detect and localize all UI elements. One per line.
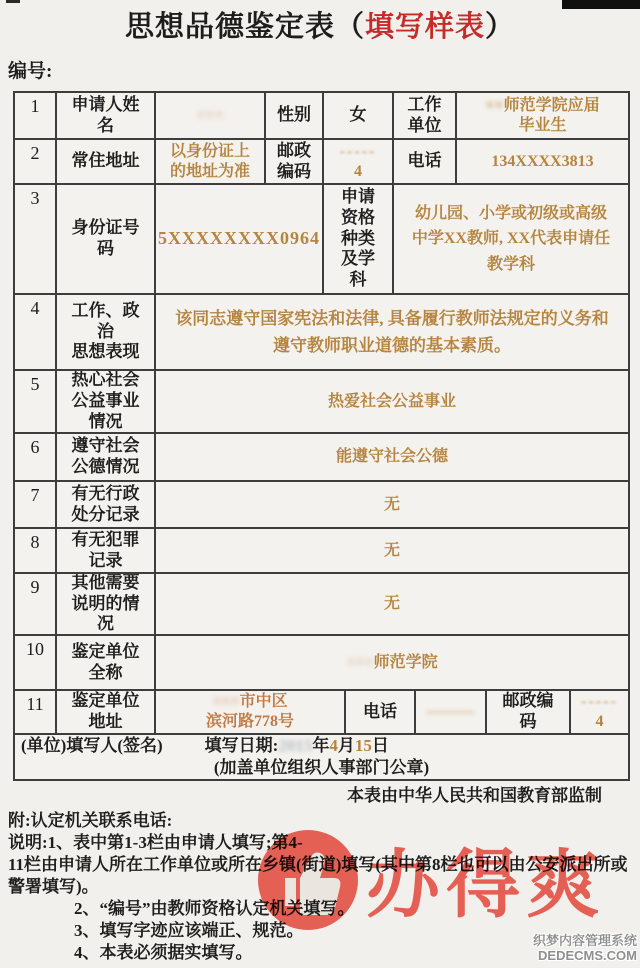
postal-digit: 4: [354, 162, 362, 182]
assessing-unit-address-label: 鉴定单位 地址: [55, 691, 154, 733]
signature-row: (单位)填写人(签名) 填写日期:2015年4月15日 (加盖单位组织人事部门公…: [15, 733, 628, 779]
table-row-6: 6 遵守社会 公德情况 能遵守社会公德: [15, 432, 628, 480]
gender-label: 性别: [264, 93, 322, 138]
row1-number: 1: [15, 93, 55, 138]
redacted-work-prefix: ××: [485, 97, 503, 114]
title-sample-note: 填写样表: [365, 11, 485, 43]
qualification-category-value: 幼儿园、小学或初级或高级 中学XX教师, XX代表申请任 教学科: [392, 185, 628, 293]
table-row-2: 2 常住地址 以身份证上 的地址为准 邮政 编码 -----4 电话 134XX…: [15, 138, 628, 183]
table-row-4: 4 工作、政 治 思想表现 该同志遵守国家宪法和法律, 具备履行教师法规定的义务…: [15, 293, 628, 369]
unit-postal-value: -----4: [569, 691, 628, 733]
public-welfare-label: 热心社会 公益事业 情况: [55, 371, 154, 432]
row3-number: 3: [15, 185, 55, 293]
administrative-penalty-label: 有无行政 处分记录: [55, 482, 154, 527]
social-morality-value: 能遵守社会公德: [154, 434, 628, 480]
unit-postal-digit: 4: [596, 712, 604, 732]
address-line1: 市中区: [240, 693, 288, 710]
other-notes-value: 无: [154, 574, 628, 634]
row8-number: 8: [15, 529, 55, 572]
cms-credit-badge: 织梦内容管理系统 DEDECMS.COM: [533, 933, 637, 963]
table-row-7: 7 有无行政 处分记录 无: [15, 480, 628, 527]
seal-instruction: (加盖单位组织人事部门公章): [15, 757, 628, 779]
table-row-11: 11 鉴定单位 地址 ×××市中区 滨河路778号 电话 ——— 邮政编 码 -…: [15, 689, 628, 733]
table-row-8: 8 有无犯罪 记录 无: [15, 527, 628, 572]
note-attach: 附:认定机关联系电话:: [8, 810, 636, 832]
table-row-9: 9 其他需要 说明的情 况 无: [15, 572, 628, 634]
row2-number: 2: [15, 140, 55, 183]
assessing-unit-address-value: ×××市中区 滨河路778号: [154, 691, 344, 733]
work-unit-label: 工作 单位: [392, 93, 455, 138]
redacted-unit-postal: -----: [581, 692, 618, 712]
work-unit-value: ××师范学院应届 毕业生: [455, 93, 628, 138]
other-notes-label: 其他需要 说明的情 况: [55, 574, 154, 634]
home-address-value: 以身份证上 的地址为准: [154, 140, 264, 183]
phone-label: 电话: [392, 140, 455, 183]
redacted-postal: -----: [340, 142, 377, 162]
applicant-name-label: 申请人姓 名: [55, 93, 154, 138]
assessment-form-table: 1 申请人姓 名 ××× 性别 女 工作 单位 ××师范学院应届 毕业生 2 常…: [13, 91, 630, 781]
note-line3: 2、“编号”由教师资格认定机关填写。: [8, 898, 636, 920]
title-main: 思想品德鉴定表（: [125, 11, 365, 43]
table-row-1: 1 申请人姓 名 ××× 性别 女 工作 单位 ××师范学院应届 毕业生: [15, 93, 628, 138]
note-line1: 说明:1、表中第1-3栏由申请人填写;第4-: [8, 832, 636, 854]
political-performance-value: 该同志遵守国家宪法和法律, 具备履行教师法规定的义务和 遵守教师职业道德的基本素…: [154, 295, 628, 369]
unit-phone-label: 电话: [344, 691, 414, 733]
signature-line: (单位)填写人(签名) 填写日期:2015年4月15日: [15, 735, 628, 757]
unit-name-text: 师范学院: [374, 654, 438, 671]
phone-value: 134XXXX3813: [455, 140, 628, 183]
signer-label: (单位)填写人(签名): [15, 735, 163, 757]
row5-number: 5: [15, 371, 55, 432]
gender-value: 女: [322, 93, 392, 138]
table-row-10: 10 鉴定单位 全称 ×××师范学院: [15, 634, 628, 689]
social-morality-label: 遵守社会 公德情况: [55, 434, 154, 480]
home-address-label: 常住地址: [55, 140, 154, 183]
work-unit-text: 师范学院应届 毕业生: [504, 97, 600, 134]
redacted-year: 2015: [278, 736, 312, 755]
redacted-unit-prefix: ×××: [346, 654, 373, 671]
criminal-record-value: 无: [154, 529, 628, 572]
public-welfare-value: 热爱社会公益事业: [154, 371, 628, 432]
table-row-5: 5 热心社会 公益事业 情况 热爱社会公益事业: [15, 369, 628, 432]
unit-phone-value: ———: [414, 691, 485, 733]
cms-credit-line1: 织梦内容管理系统: [533, 933, 637, 948]
scanned-form-page: 思想品德鉴定表（填写样表） 编号: 1 申请人姓 名 ××× 性别 女 工作 单…: [0, 0, 640, 968]
qualification-category-label: 申请 资格 种类 及学 科: [322, 185, 392, 293]
scan-artifact-bar-left: [6, 0, 20, 3]
political-performance-label: 工作、政 治 思想表现: [55, 295, 154, 369]
redacted-address-prefix: ×××: [212, 693, 239, 710]
postal-code-label: 邮政 编码: [264, 140, 322, 183]
note-line2: 11栏由申请人所在工作单位或所在乡镇(街道)填写(其中第8栏也可以由公安派出所或…: [8, 854, 636, 898]
criminal-record-label: 有无犯罪 记录: [55, 529, 154, 572]
fill-date: 填写日期:2015年4月15日: [205, 735, 389, 757]
postal-code-value: -----4: [322, 140, 392, 183]
cms-credit-line2: DEDECMS.COM: [533, 948, 637, 963]
page-title: 思想品德鉴定表（填写样表）: [0, 0, 640, 46]
unit-postal-label: 邮政编 码: [485, 691, 569, 733]
id-number-value: 5XXXXXXXX0964: [154, 185, 322, 293]
applicant-name-value: ×××: [154, 93, 264, 138]
issuer-line: 本表由中华人民共和国教育部监制: [0, 786, 640, 806]
table-row-3: 3 身份证号 码 5XXXXXXXX0964 申请 资格 种类 及学 科 幼儿园…: [15, 183, 628, 293]
row7-number: 7: [15, 482, 55, 527]
assessing-unit-name-label: 鉴定单位 全称: [55, 636, 154, 689]
serial-number-label: 编号:: [8, 60, 640, 84]
row10-number: 10: [15, 636, 55, 689]
redacted-unit-phone: ———: [427, 702, 475, 722]
row11-number: 11: [15, 691, 55, 733]
assessing-unit-name-value: ×××师范学院: [154, 636, 628, 689]
row6-number: 6: [15, 434, 55, 480]
id-number-label: 身份证号 码: [55, 185, 154, 293]
row4-number: 4: [15, 295, 55, 369]
administrative-penalty-value: 无: [154, 482, 628, 527]
address-line2: 滨河路778号: [206, 712, 294, 732]
title-close-paren: ）: [485, 11, 515, 43]
redacted-name: ×××: [196, 106, 223, 126]
row9-number: 9: [15, 574, 55, 634]
scan-artifact-bar-right: [562, 0, 640, 9]
